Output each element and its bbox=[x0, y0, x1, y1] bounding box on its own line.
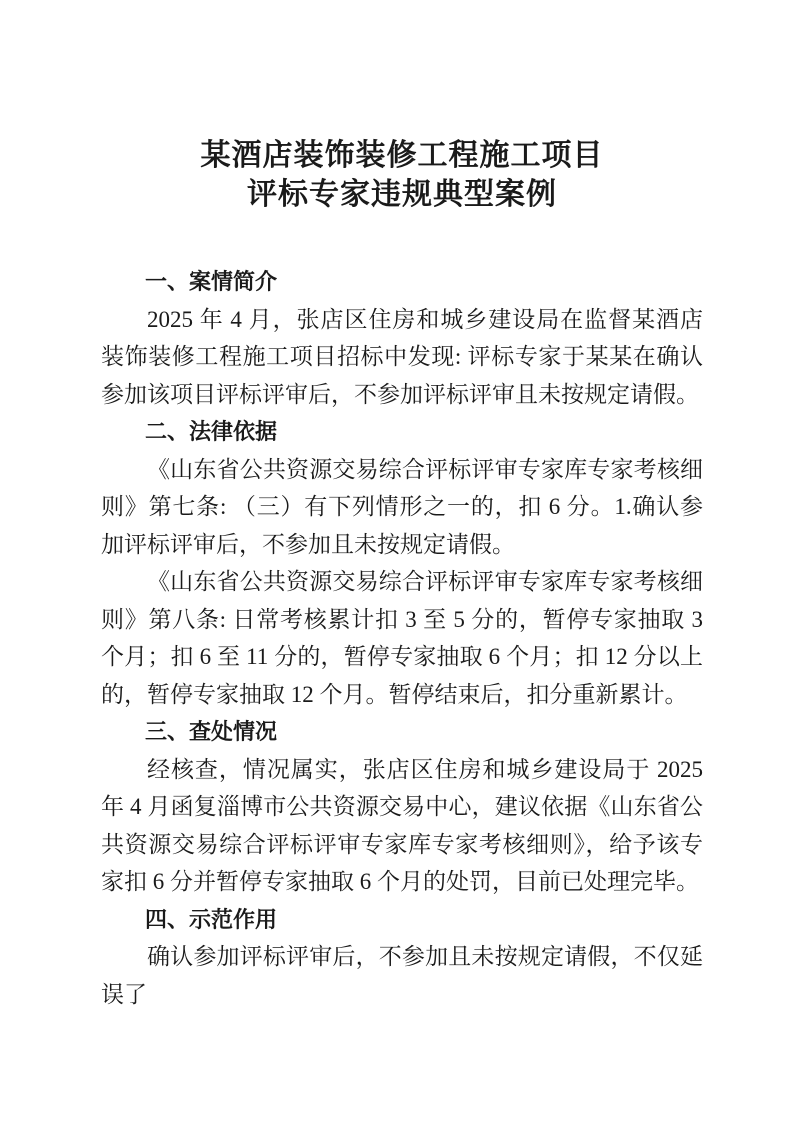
document-title-line1: 某酒店装饰装修工程施工项目 bbox=[101, 136, 703, 175]
section-heading: 二、法律依据 bbox=[101, 413, 703, 451]
document-title-line2: 评标专家违规典型案例 bbox=[101, 175, 703, 214]
section-case-summary: 一、案情简介 2025 年 4 月，张店区住房和城乡建设局在监督某酒店装饰装修工… bbox=[101, 263, 703, 413]
section-heading: 一、案情简介 bbox=[101, 263, 703, 301]
section-heading: 三、查处情况 bbox=[101, 713, 703, 751]
paragraph: 经核查，情况属实，张店区住房和城乡建设局于 2025 年 4 月函复淄博市公共资… bbox=[101, 751, 703, 901]
paragraph: 《山东省公共资源交易综合评标评审专家库专家考核细则》第八条: 日常考核累计扣 3… bbox=[101, 563, 703, 713]
section-exemplary-effect: 四、示范作用 确认参加评标评审后，不参加且未按规定请假，不仅延误了 bbox=[101, 901, 703, 1014]
section-investigation-result: 三、查处情况 经核查，情况属实，张店区住房和城乡建设局于 2025 年 4 月函… bbox=[101, 713, 703, 901]
paragraph: 《山东省公共资源交易综合评标评审专家库专家考核细则》第七条: （三）有下列情形之… bbox=[101, 451, 703, 564]
document-page: 某酒店装饰装修工程施工项目 评标专家违规典型案例 一、案情简介 2025 年 4… bbox=[0, 0, 793, 1122]
document-title: 某酒店装饰装修工程施工项目 评标专家违规典型案例 bbox=[101, 136, 703, 214]
document-content: 某酒店装饰装修工程施工项目 评标专家违规典型案例 一、案情简介 2025 年 4… bbox=[101, 0, 703, 1013]
section-legal-basis: 二、法律依据 《山东省公共资源交易综合评标评审专家库专家考核细则》第七条: （三… bbox=[101, 413, 703, 713]
section-heading: 四、示范作用 bbox=[101, 901, 703, 939]
paragraph: 确认参加评标评审后，不参加且未按规定请假，不仅延误了 bbox=[101, 938, 703, 1013]
paragraph: 2025 年 4 月，张店区住房和城乡建设局在监督某酒店装饰装修工程施工项目招标… bbox=[101, 301, 703, 414]
